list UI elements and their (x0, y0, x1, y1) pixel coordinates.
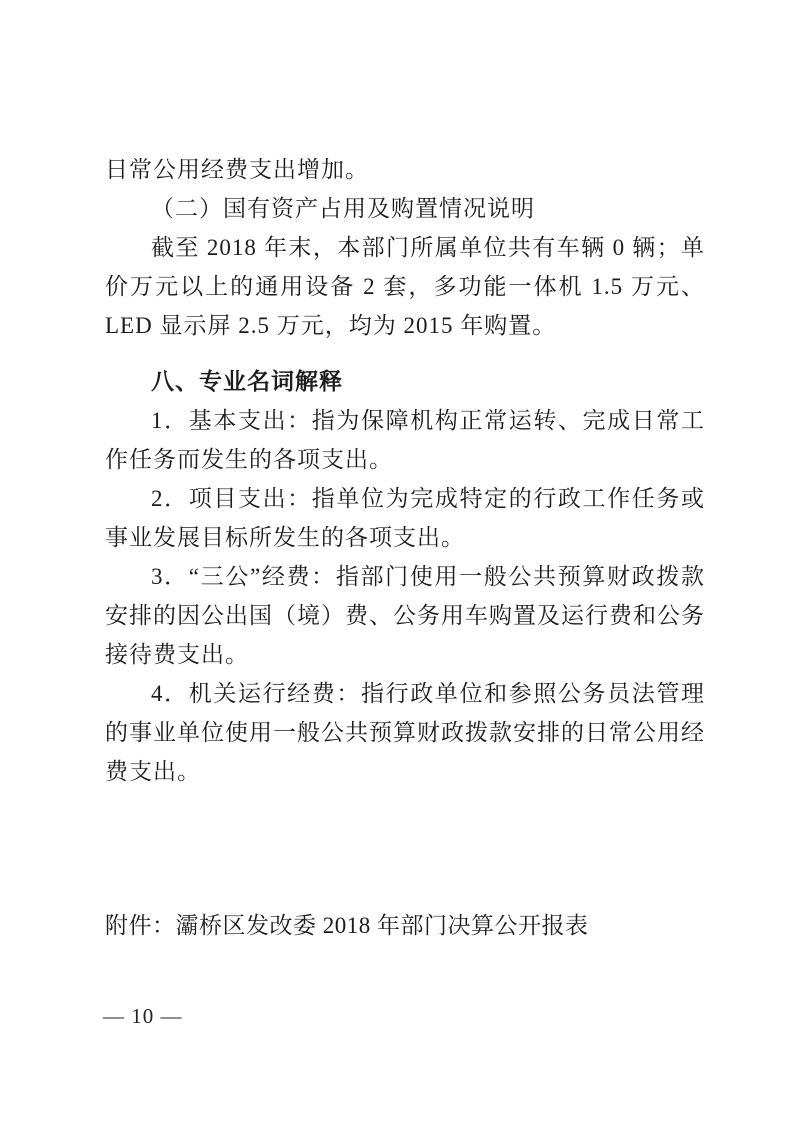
glossary-item-three-public-funds: 3．“三公”经费：指部门使用一般公共预算财政拨款安排的因公出国（境）费、公务用车… (105, 557, 705, 674)
paragraph-continuation: 日常公用经费支出增加。 (105, 150, 705, 189)
glossary-section-heading: 八、专业名词解释 (105, 362, 705, 401)
glossary-item-basic-expenditure: 1．基本支出：指为保障机构正常运转、完成日常工作任务而发生的各项支出。 (105, 401, 705, 479)
section-state-assets-paragraph: 截至 2018 年末，本部门所属单位共有车辆 0 辆；单价万元以上的通用设备 2… (105, 228, 705, 345)
document-content: 日常公用经费支出增加。 （二）国有资产占用及购置情况说明 截至 2018 年末，… (105, 150, 705, 945)
page-number: — 10 — (103, 1004, 183, 1029)
glossary-item-project-expenditure: 2．项目支出：指单位为完成特定的行政工作任务或事业发展目标所发生的各项支出。 (105, 479, 705, 557)
glossary-item-agency-operating-funds: 4．机关运行经费：指行政单位和参照公务员法管理的事业单位使用一般公共预算财政拨款… (105, 674, 705, 791)
attachment-note: 附件：灞桥区发改委 2018 年部门决算公开报表 (105, 906, 705, 945)
document-page: 日常公用经费支出增加。 （二）国有资产占用及购置情况说明 截至 2018 年末，… (0, 0, 793, 1122)
section-heading-state-assets: （二）国有资产占用及购置情况说明 (105, 189, 705, 228)
